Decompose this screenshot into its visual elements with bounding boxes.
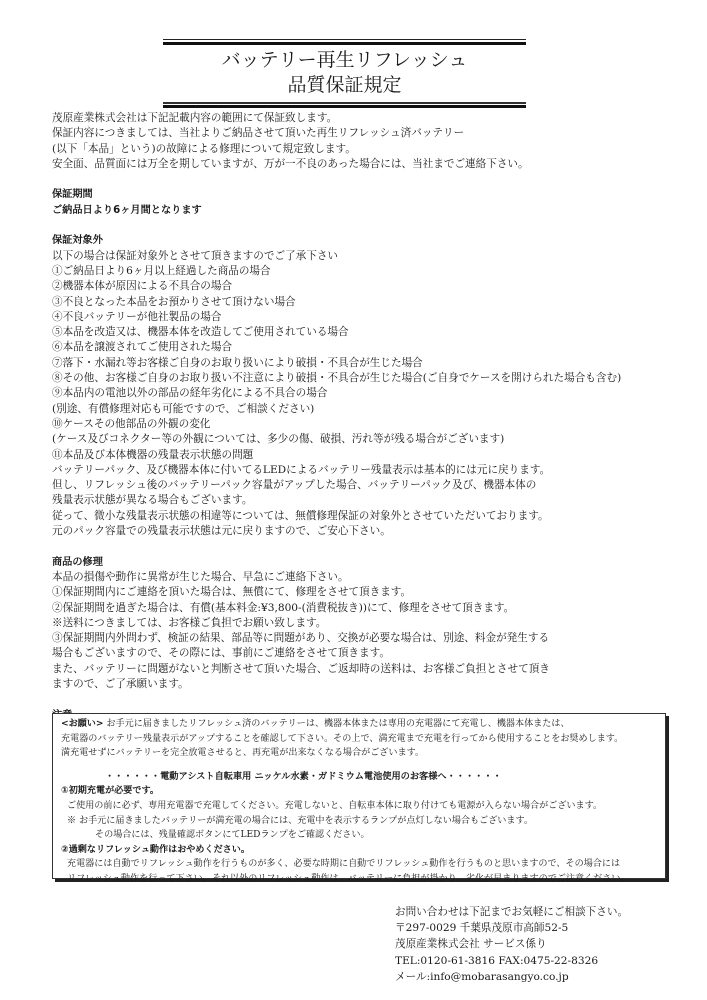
exclusion-line: (ケース及びコネクター等の外観については、多少の傷、破損、汚れ等が残る場合がござ… <box>52 432 672 447</box>
exclusion-line: 但し、リフレッシュ後のバッテリーパック容量がアップした場合、バッテリーパック及び… <box>52 478 672 493</box>
repair-line: ③保証期間内外問わず、検証の結果、部品等に問題があり、交換が必要な場合は、別途、… <box>52 631 672 646</box>
repair-line: ②保証期間を過ぎた場合は、有償(基本料金:¥3,800-(消費税抜き))にて、修… <box>52 601 672 616</box>
exclusion-line: ①ご納品日より6ヶ月以上経過した商品の場合 <box>52 264 672 279</box>
item2-line: リフレッシュ動作を行って下さい。それ以外のリフレッシュ動作は、バッテリーに負担が… <box>61 872 657 887</box>
item2-line: 充電器には自動でリフレッシュ動作を行うものが多く、必要な時期に自動でリフレッシュ… <box>61 857 657 872</box>
repair-line: ますので、ご了承願います。 <box>52 677 672 692</box>
contact-phone: TEL:0120-61-3816 FAX:0475-22-8326 <box>395 953 628 969</box>
title-rule-top <box>163 39 526 45</box>
intro-line: 保証内容につきましては、当社よりご納品させて頂いた再生リフレッシュ済バッテリー <box>52 126 672 141</box>
warranty-period-heading: 保証期間 <box>52 187 672 202</box>
request-text: お手元に届きましたリフレッシュ済のバッテリーは、機器本体または専用の充電器にて充… <box>104 719 570 729</box>
repair-line: ※送料につきましては、お客様ご負担でお願い致します。 <box>52 616 672 631</box>
repair-line: また、バッテリーに問題がないと判断させて頂いた場合、ご返却時の送料は、お客様ご負… <box>52 662 672 677</box>
exclusion-line: ④不良バッテリーが他社製品の場合 <box>52 310 672 325</box>
item1-line: ご使用の前に必ず、専用充電器で充電してください。充電しないと、自転車本体に取り付… <box>61 799 657 814</box>
exclusions-heading: 保証対象外 <box>52 233 672 248</box>
item2-title: ②過剰なリフレッシュ動作はおやめください。 <box>61 843 657 858</box>
exclusion-line: ⑩ケースその他部品の外観の変化 <box>52 417 672 432</box>
title-block: バッテリー再生リフレッシュ 品質保証規定 <box>163 39 526 108</box>
request-label: <お願い> <box>61 719 104 729</box>
exclusion-line: 従って、微小な残量表示状態の相違等については、無償修理保証の対象外とさせていただ… <box>52 509 672 524</box>
title-rule-bottom <box>163 102 526 108</box>
title-line-1: バッテリー再生リフレッシュ <box>163 48 526 73</box>
exclusion-line: ⑧その他、お客様ご自身のお取り扱い不注意により破損・不具合が生じた場合(ご自身で… <box>52 371 672 386</box>
exclusion-line: ⑪本品及び本体機器の残量表示状態の問題 <box>52 448 672 463</box>
contact-address: 〒297-0029 千葉県茂原市高師52-5 <box>395 920 628 936</box>
intro-line: 安全面、品質面には万全を期していますが、万が一不良のあった場合には、当社までご連… <box>52 157 672 172</box>
exclusion-line: ②機器本体が原因による不具合の場合 <box>52 279 672 294</box>
exclusion-line: 以下の場合は保証対象外とさせて頂きますのでご了承下さい <box>52 249 672 264</box>
exclusion-line: ⑥本品を譲渡されてご使用された場合 <box>52 340 672 355</box>
repair-line: 本品の損傷や動作に異常が生じた場合、早急にご連絡下さい。 <box>52 570 672 585</box>
request-line-1: <お願い> お手元に届きましたリフレッシュ済のバッテリーは、機器本体または専用の… <box>61 717 657 732</box>
exclusion-line: ⑤本品を改造又は、機器本体を改造してご使用されている場合 <box>52 325 672 340</box>
warranty-period-text: ご納品日より6ヶ月間となります <box>52 203 672 218</box>
exclusion-line: 残量表示状態が異なる場合もございます。 <box>52 493 672 508</box>
repair-heading: 商品の修理 <box>52 555 672 570</box>
repair-line: ①保証期間内にご連絡を頂いた場合は、無償にて、修理をさせて頂きます。 <box>52 585 672 600</box>
contact-email: メール:info@mobarasangyo.co.jp <box>395 969 628 985</box>
intro-line: (以下「本品」という)の故障による修理について規定致します。 <box>52 142 672 157</box>
exclusion-line: バッテリーパック、及び機器本体に付いてるLEDによるバッテリー残量表示は基本的に… <box>52 463 672 478</box>
item1-line: ※ お手元に届きましたバッテリーが満充電の場合には、充電中を表示するランプが点灯… <box>61 814 657 829</box>
title-text: バッテリー再生リフレッシュ 品質保証規定 <box>163 45 526 102</box>
request-line-2: 充電器のバッテリー残量表示がアップすることを確認して下さい。その上で、満充電まで… <box>61 732 657 747</box>
title-line-2: 品質保証規定 <box>163 73 526 98</box>
contact-intro: お問い合わせは下記までお気軽にご相談下さい。 <box>395 904 628 920</box>
exclusion-line: ⑦落下・水漏れ等お客様ご自身のお取り扱いにより破損・不具合が生じた場合 <box>52 356 672 371</box>
repair-line: 場合もございますので、その際には、事前にご連絡をさせて頂きます。 <box>52 646 672 661</box>
exclusion-line: (別途、有償修理対応も可能ですので、ご相談ください) <box>52 402 672 417</box>
item1-title: ①初期充電が必要です。 <box>61 784 657 799</box>
intro-line: 茂原産業株式会社は下記記載内容の範囲にて保証致します。 <box>52 111 672 126</box>
contact-block: お問い合わせは下記までお気軽にご相談下さい。 〒297-0029 千葉県茂原市高… <box>395 904 628 985</box>
request-line-3: 満充電せずにバッテリーを完全放電させると、再充電が出来なくなる場合がございます。 <box>61 746 657 761</box>
document-body: 茂原産業株式会社は下記記載内容の範囲にて保証致します。 保証内容につきましては、… <box>52 111 672 738</box>
contact-company: 茂原産業株式会社 サービス係り <box>395 936 628 952</box>
notice-box: <お願い> お手元に届きましたリフレッシュ済のバッテリーは、機器本体または専用の… <box>52 713 666 879</box>
item1-line: その場合には、残量確認ボタンにてLEDランプをご確認ください。 <box>61 828 657 843</box>
exclusion-line: ③不良となった本品をお預かりさせて頂けない場合 <box>52 295 672 310</box>
ebike-heading: ・・・・・・電動アシスト自転車用 ニッケル水素・ガドミウム電池使用のお客様へ・・… <box>61 770 657 785</box>
exclusion-line: 元のパック容量での残量表示状態は元に戻りますので、ご安心下さい。 <box>52 524 672 539</box>
exclusion-line: ⑨本品内の電池以外の部品の経年劣化による不具合の場合 <box>52 386 672 401</box>
